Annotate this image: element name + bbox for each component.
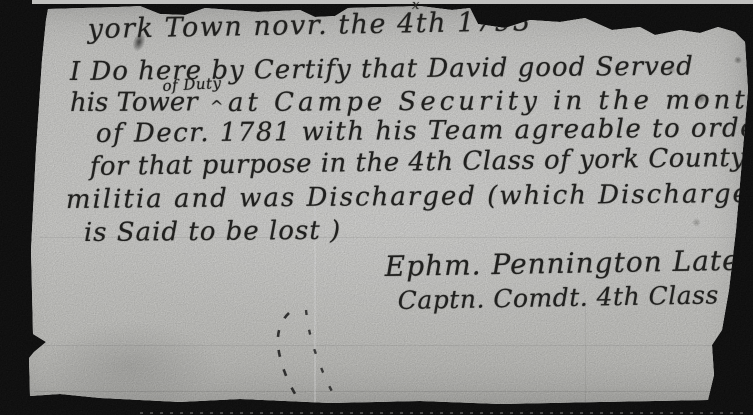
paper-sheet: york Town novr. the 4th 1793 I Do here b…: [0, 0, 753, 415]
lost-line: is Said to be lost ): [84, 216, 342, 248]
x-annotation-mark: x: [412, 0, 419, 13]
scan-bottom-speckles: [140, 412, 750, 414]
scanned-document-image: york Town novr. the 4th 1793 I Do here b…: [0, 0, 753, 415]
duty-insertion: of Duty: [162, 74, 222, 95]
militia-line: militia and was Discharged (which Discha…: [66, 179, 750, 215]
signature-rank-line: Captn. Comdt. 4th Class: [397, 280, 719, 315]
signature-name-line: Ephm. Pennington Late: [384, 244, 740, 283]
scan-edge-sliver: [32, 0, 753, 4]
insertion-caret-mark: ^: [210, 97, 223, 116]
